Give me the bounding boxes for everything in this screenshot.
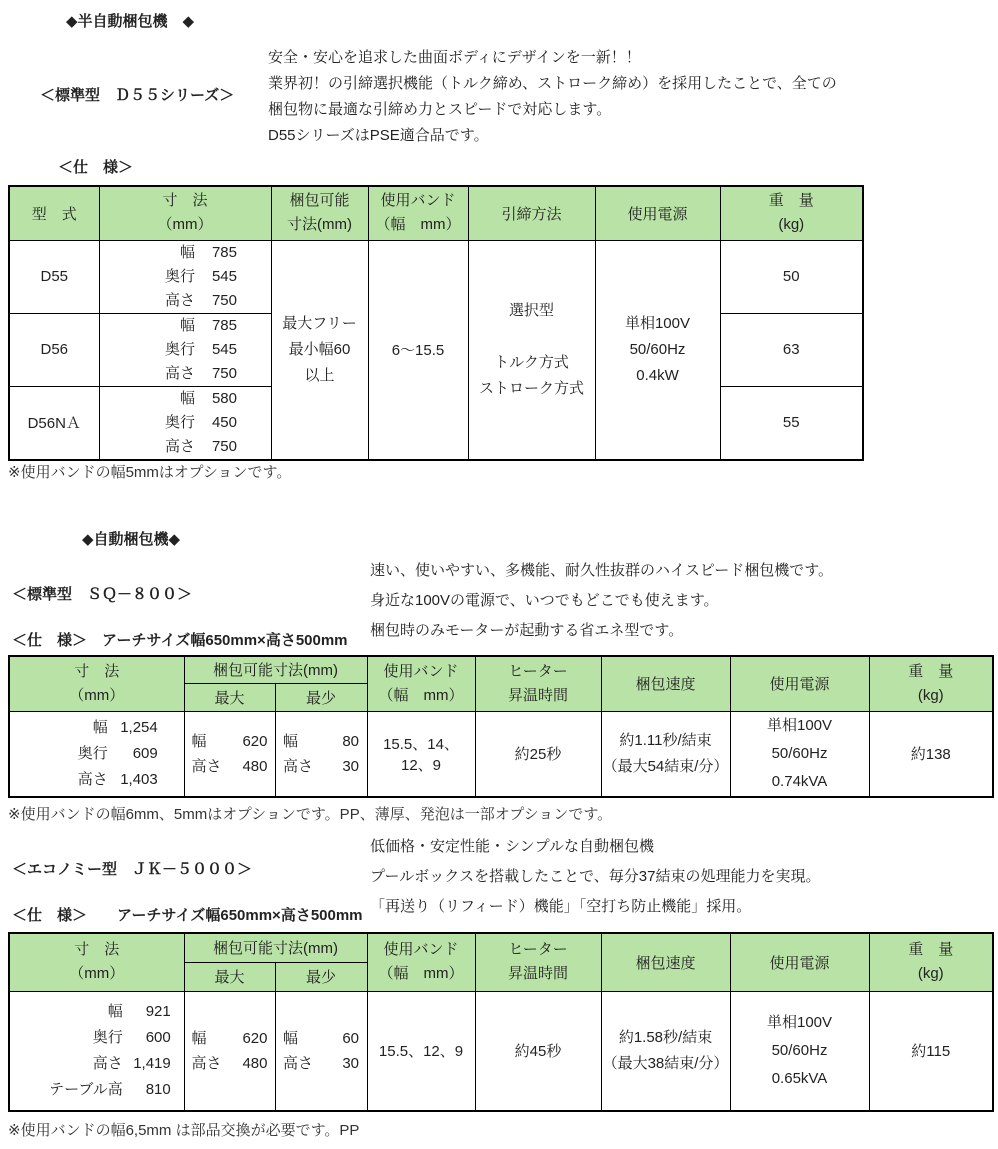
- dimension-line: 高さ750: [133, 435, 237, 459]
- dimension-line: テーブル高810: [23, 1077, 171, 1103]
- dimension-line: 高さ750: [133, 289, 237, 313]
- dim-label: 高さ: [192, 754, 222, 779]
- dim-label: 奥行: [133, 338, 195, 362]
- dimension-line: 奥行609: [36, 741, 158, 767]
- document-page: ◆半自動梱包機 ◆ ＜標準型 Ｄ５５シリーズ＞ 安全・安心を追求した曲面ボディに…: [0, 0, 998, 1149]
- dim-value: 580: [195, 387, 237, 411]
- dim-value: 750: [195, 435, 237, 459]
- dimension-line: 高さ30: [283, 1051, 359, 1076]
- cell-max-size: 幅620 高さ480: [184, 991, 275, 1111]
- dimension-line: 奥行545: [133, 338, 237, 362]
- description-line: 梱包物に最適な引締め力とスピードで対応します。: [268, 97, 837, 123]
- col-header-heater: ヒーター 昇温時間: [475, 933, 601, 991]
- dim-value: 620: [207, 729, 268, 754]
- cell-band-width: 15.5、14、12、9: [367, 711, 475, 797]
- section2-title: ◆自動梱包機◆: [82, 528, 180, 549]
- cell-model: D56NＡ: [9, 386, 99, 460]
- table-row: D55 幅785 奥行545 高さ750 最大フリー 最小幅60 以上 6～15…: [9, 240, 863, 313]
- col-header-tighten-method: 引締方法: [468, 186, 595, 240]
- dim-label: 幅: [283, 1026, 298, 1051]
- section3-spec-heading: ＜仕 様＞ アーチサイズ幅650mm×高さ500mm: [12, 904, 363, 925]
- col-header-speed: 梱包速度: [601, 933, 730, 991]
- section1-title: ◆半自動梱包機 ◆: [66, 10, 194, 31]
- cell-model: D56: [9, 313, 99, 386]
- section2-spec-heading: ＜仕 様＞ アーチサイズ幅650mm×高さ500mm: [12, 629, 348, 650]
- dim-label: 高さ: [283, 1051, 313, 1076]
- dimension-line: 奥行545: [133, 265, 237, 289]
- cell-dimensions: 幅921 奥行600 高さ1,419 テーブル高810: [9, 991, 184, 1111]
- dimension-line: 幅60: [283, 1026, 359, 1051]
- description-line: 速い、使いやすい、多機能、耐久性抜群のハイスピード梱包機です。: [370, 556, 833, 586]
- dim-label: 高さ: [133, 289, 195, 313]
- cell-band-width: 6～15.5: [368, 240, 468, 460]
- col-header-model: 型 式: [9, 186, 99, 240]
- dim-value: 480: [222, 1051, 268, 1076]
- dim-label: 奥行: [133, 411, 195, 435]
- cell-dimensions: 幅1,254 奥行609 高さ1,403: [9, 711, 184, 797]
- dim-value: 785: [195, 241, 237, 265]
- cell-min-size: 幅80 高さ30: [275, 711, 367, 797]
- col-header-min: 最少: [275, 683, 367, 711]
- dim-label: 高さ: [36, 767, 108, 793]
- cell-max-size: 幅620 高さ480: [184, 711, 275, 797]
- dim-label: 幅: [133, 314, 195, 338]
- cell-weight: 約138: [869, 711, 993, 797]
- table-row: 幅921 奥行600 高さ1,419 テーブル高810 幅620 高さ480 幅…: [9, 991, 993, 1111]
- jk5000-spec-table: 寸 法 （mm） 梱包可能寸法(mm) 使用バンド （幅 mm） ヒーター 昇温…: [8, 932, 994, 1112]
- table-row: 幅1,254 奥行609 高さ1,403 幅620 高さ480 幅80 高さ30…: [9, 711, 993, 797]
- dim-value: 1,419: [123, 1051, 171, 1077]
- cell-dimensions: 幅580 奥行450 高さ750: [99, 386, 271, 460]
- section1-spec-heading: ＜仕 様＞: [58, 156, 133, 177]
- col-header-band: 使用バンド （幅 mm）: [367, 933, 475, 991]
- dim-label: 高さ: [133, 362, 195, 386]
- col-header-dimensions: 寸 法 （mm）: [99, 186, 271, 240]
- dimension-line: 幅80: [283, 729, 359, 754]
- description-line: 業界初！の引締選択機能（トルク締め、ストローク締め）を採用したことで、全ての: [268, 71, 837, 97]
- dimension-line: 高さ480: [192, 1051, 268, 1076]
- col-header-band: 使用バンド （幅 mm）: [368, 186, 468, 240]
- cell-power: 単相100V 50/60Hz 0.4kW: [595, 240, 720, 460]
- cell-packable-size: 最大フリー 最小幅60 以上: [271, 240, 368, 460]
- cell-weight: 55: [720, 386, 863, 460]
- sq800-spec-table: 寸 法 （mm） 梱包可能寸法(mm) 使用バンド （幅 mm） ヒーター 昇温…: [8, 655, 994, 798]
- description-line: D55シリーズはPSE適合品です。: [268, 123, 837, 149]
- description-line: 梱包時のみモーターが起動する省エネ型です。: [370, 616, 833, 646]
- dimension-line: 幅785: [133, 241, 237, 265]
- col-header-packable-size: 梱包可能寸法(mm): [184, 933, 367, 962]
- dim-value: 921: [123, 999, 171, 1025]
- col-header-packable-size: 梱包可能寸法(mm): [184, 656, 367, 683]
- cell-weight: 50: [720, 240, 863, 313]
- cell-heater-time: 約45秒: [475, 991, 601, 1111]
- cell-model: D55: [9, 240, 99, 313]
- dimension-line: 高さ750: [133, 362, 237, 386]
- dim-label: 幅: [192, 729, 207, 754]
- dimension-line: 幅620: [192, 1026, 268, 1051]
- dim-label: 幅: [283, 729, 298, 754]
- dimension-line: 幅580: [133, 387, 237, 411]
- dim-label: 幅: [192, 1026, 207, 1051]
- cell-speed: 約1.58秒/結束 （最大38結束/分）: [601, 991, 730, 1111]
- dim-label: 高さ: [133, 435, 195, 459]
- cell-weight: 約115: [869, 991, 993, 1111]
- section2-description: 速い、使いやすい、多機能、耐久性抜群のハイスピード梱包機です。 身近な100Vの…: [370, 556, 833, 646]
- dimension-line: 幅620: [192, 729, 268, 754]
- dim-label: 幅: [133, 387, 195, 411]
- dimension-line: 奥行600: [23, 1025, 171, 1051]
- col-header-dimensions: 寸 法 （mm）: [9, 656, 184, 711]
- dim-label: 高さ: [283, 754, 313, 779]
- section2-footnote: ※使用バンドの幅6mm、5mmはオプションです。PP、薄厚、発泡は一部オプション…: [8, 803, 612, 824]
- col-header-weight: 重 量 (kg): [869, 656, 993, 711]
- dim-value: 620: [207, 1026, 268, 1051]
- dim-label: 高さ: [192, 1051, 222, 1076]
- col-header-speed: 梱包速度: [601, 656, 730, 711]
- dim-value: 1,403: [108, 767, 158, 793]
- dimension-line: 奥行450: [133, 411, 237, 435]
- cell-heater-time: 約25秒: [475, 711, 601, 797]
- cell-tighten-method: 選択型 トルク方式 ストローク方式: [468, 240, 595, 460]
- dim-label: 幅: [23, 999, 123, 1025]
- cell-dimensions: 幅785 奥行545 高さ750: [99, 313, 271, 386]
- cell-weight: 63: [720, 313, 863, 386]
- dim-label: 奥行: [133, 265, 195, 289]
- dim-value: 450: [195, 411, 237, 435]
- dim-label: 幅: [36, 715, 108, 741]
- dim-value: 480: [222, 754, 268, 779]
- description-line: 安全・安心を追求した曲面ボディにデザインを一新！！: [268, 45, 837, 71]
- col-header-power: 使用電源: [595, 186, 720, 240]
- section2-model-heading: ＜標準型 ＳＱ－８００＞: [12, 583, 192, 604]
- dim-label: 奥行: [36, 741, 108, 767]
- cell-dimensions: 幅785 奥行545 高さ750: [99, 240, 271, 313]
- dimension-line: 高さ480: [192, 754, 268, 779]
- section1-description: 安全・安心を追求した曲面ボディにデザインを一新！！ 業界初！の引締選択機能（トル…: [268, 45, 837, 149]
- section1-model-heading: ＜標準型 Ｄ５５シリーズ＞: [40, 84, 234, 105]
- col-header-band: 使用バンド （幅 mm）: [367, 656, 475, 711]
- dim-value: 545: [195, 265, 237, 289]
- section1-footnote: ※使用バンドの幅5mmはオプションです。: [8, 461, 291, 482]
- col-header-power: 使用電源: [730, 933, 869, 991]
- col-header-heater: ヒーター 昇温時間: [475, 656, 601, 711]
- section3-footnote: ※使用バンドの幅6,5mm は部品交換が必要です。PP: [8, 1119, 359, 1140]
- dim-value: 1,254: [108, 715, 158, 741]
- col-header-min: 最少: [275, 962, 367, 991]
- cell-band-width: 15.5、12、9: [367, 991, 475, 1111]
- dimension-line: 高さ1,419: [23, 1051, 171, 1077]
- section3-model-heading: ＜エコノミー型 ＪＫ－５０００＞: [12, 858, 252, 879]
- dim-value: 60: [298, 1026, 359, 1051]
- dim-value: 30: [313, 754, 359, 779]
- dimension-line: 幅785: [133, 314, 237, 338]
- dimension-line: 高さ1,403: [36, 767, 158, 793]
- dimension-line: 幅921: [23, 999, 171, 1025]
- col-header-dimensions: 寸 法 （mm）: [9, 933, 184, 991]
- description-line: プールボックスを搭載したことで、毎分37結束の処理能力を実現。: [370, 862, 821, 892]
- cell-min-size: 幅60 高さ30: [275, 991, 367, 1111]
- dimension-line: 高さ30: [283, 754, 359, 779]
- description-line: 低価格・安定性能・シンプルな自動梱包機: [370, 832, 821, 862]
- description-line: 「再送り（リフィード）機能」「空打ち防止機能」採用。: [370, 892, 821, 922]
- dim-value: 600: [123, 1025, 171, 1051]
- dim-value: 785: [195, 314, 237, 338]
- dim-label: 幅: [133, 241, 195, 265]
- dim-value: 609: [108, 741, 158, 767]
- dim-value: 750: [195, 362, 237, 386]
- col-header-weight: 重 量 (kg): [720, 186, 863, 240]
- dim-label: テーブル高: [23, 1077, 123, 1103]
- cell-power: 単相100V 50/60Hz 0.74kVA: [730, 711, 869, 797]
- dim-value: 545: [195, 338, 237, 362]
- dim-label: 高さ: [23, 1051, 123, 1077]
- col-header-max: 最大: [184, 962, 275, 991]
- dim-label: 奥行: [23, 1025, 123, 1051]
- semi-auto-spec-table: 型 式 寸 法 （mm） 梱包可能 寸法(mm) 使用バンド （幅 mm） 引締…: [8, 185, 864, 461]
- cell-speed: 約1.11秒/結束 （最大54結束/分）: [601, 711, 730, 797]
- description-line: 身近な100Vの電源で、いつでもどこでも使えます。: [370, 586, 833, 616]
- dimension-line: 幅1,254: [36, 715, 158, 741]
- dim-value: 750: [195, 289, 237, 313]
- cell-power: 単相100V 50/60Hz 0.65kVA: [730, 991, 869, 1111]
- section3-description: 低価格・安定性能・シンプルな自動梱包機 プールボックスを搭載したことで、毎分37…: [370, 832, 821, 922]
- col-header-weight: 重 量 (kg): [869, 933, 993, 991]
- dim-value: 30: [313, 1051, 359, 1076]
- col-header-max: 最大: [184, 683, 275, 711]
- col-header-packable-size: 梱包可能 寸法(mm): [271, 186, 368, 240]
- dim-value: 80: [298, 729, 359, 754]
- col-header-power: 使用電源: [730, 656, 869, 711]
- dim-value: 810: [123, 1077, 171, 1103]
